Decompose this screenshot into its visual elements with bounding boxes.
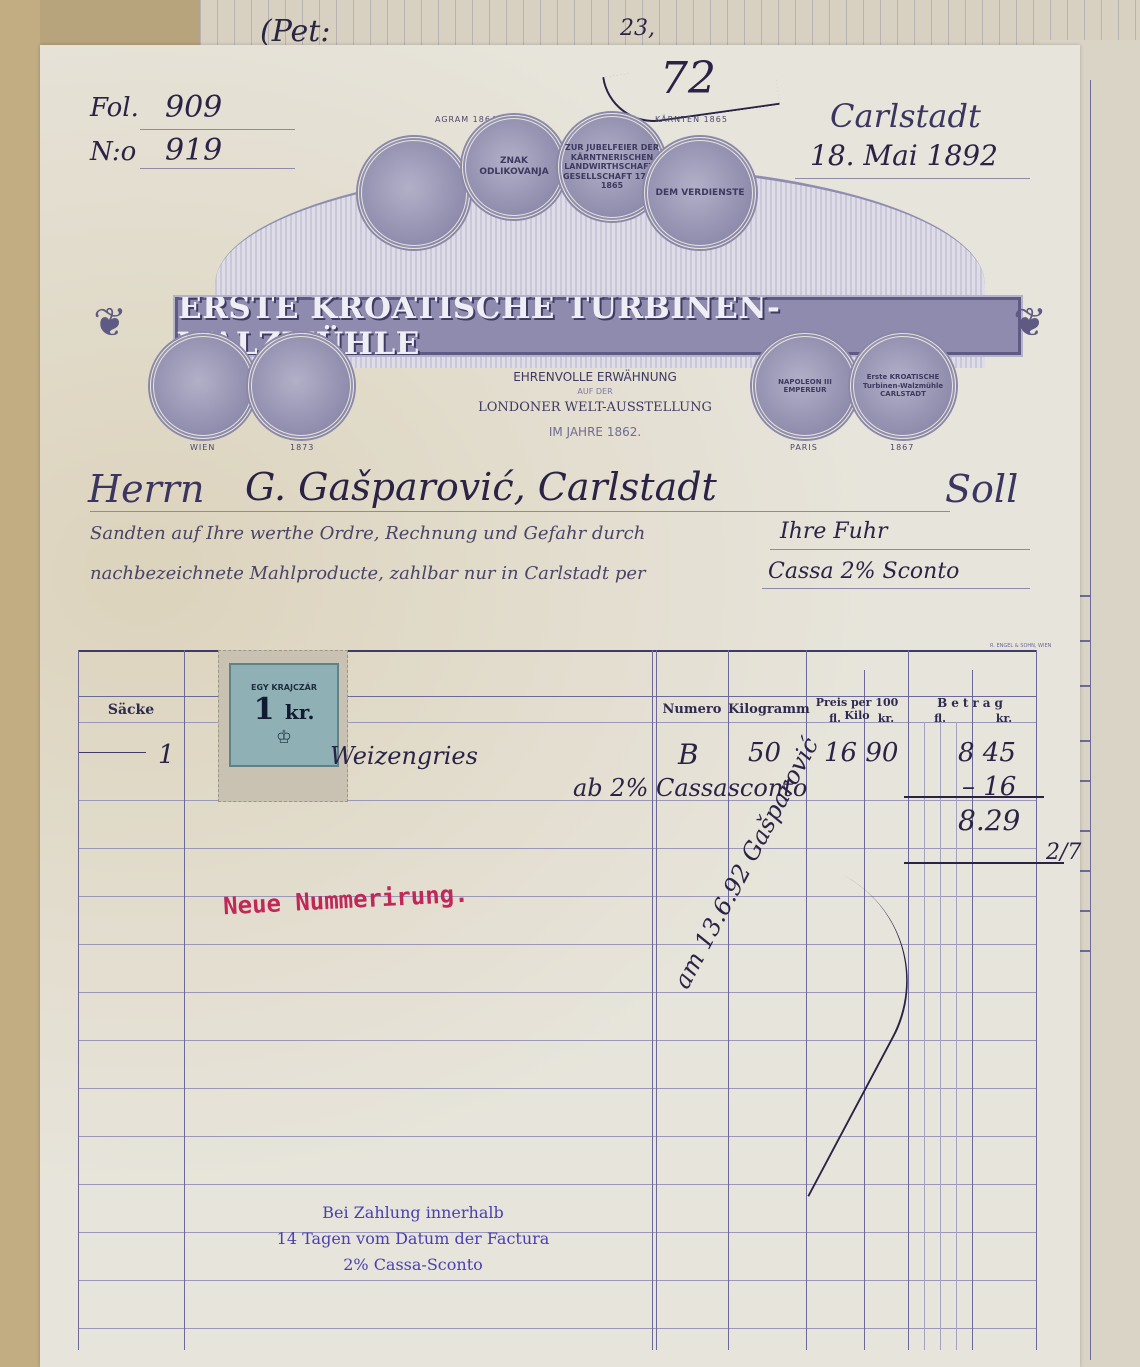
row-description: Weizengries: [330, 742, 478, 770]
medal-wien: [150, 333, 256, 439]
medal-paris-1867: Erste KROATISCHE Turbinen-Walzmühle CARL…: [850, 333, 956, 439]
handwritten-payment-terms: Cassa 2% Sconto: [768, 559, 959, 584]
page-edge: [0, 0, 40, 1367]
medal-caption: 1867: [890, 443, 914, 452]
payment-terms-line-1: Bei Zahlung innerhalb: [253, 1200, 573, 1226]
medal-caption: 1873: [290, 443, 314, 452]
medal-agram: ZNAK ODLIKOVANJA: [462, 115, 566, 219]
medal-caption: PARIS: [790, 443, 818, 452]
number-label: N:o: [90, 137, 136, 167]
col-header-kilogramm: Kilogramm: [728, 702, 806, 717]
tax-revenue-stamp: EGY KRAJCZÁR 1 kr. ♔: [218, 650, 348, 802]
col-header-price-kr: kr.: [864, 712, 908, 725]
invoice-date: 18. Mai 1892: [810, 139, 998, 172]
payment-terms-stamp: Bei Zahlung innerhalb 14 Tagen vom Datum…: [253, 1200, 573, 1278]
medal-caption: WIEN: [190, 443, 215, 452]
preprinted-line-1: Sandten auf Ihre werthe Ordre, Rechnung …: [90, 523, 645, 544]
medal-zagreb: [358, 137, 470, 249]
col-header-amount-kr: kr.: [972, 712, 1036, 725]
renumbering-stamp: Neue Nummerirung.: [222, 880, 469, 921]
invoice-sheet: 72 Fol. 909 N:o 919 Carlstadt 18. Mai 18…: [40, 45, 1080, 1367]
col-header-sacks: Säcke: [78, 702, 184, 718]
handwritten-transport: Ihre Fuhr: [780, 519, 888, 544]
col-header-price-fl: fl.: [806, 712, 864, 725]
medal-emperor-1873: [248, 333, 354, 439]
row-amount: 8 45: [958, 738, 1016, 768]
ledger-scrawl: (Pet:: [260, 14, 330, 49]
number-value: 919: [165, 133, 222, 168]
salutation: Herrn: [88, 467, 204, 511]
col-header-numero: Numero: [656, 702, 728, 717]
honor-line-1: EHRENVOLLE ERWÄHNUNG: [420, 370, 770, 384]
honor-line-3: LONDONER WELT-AUSSTELLUNG: [420, 400, 770, 415]
medal-napoleon: NAPOLEON III EMPEREUR: [752, 333, 858, 439]
tax-stamp-unit: kr.: [285, 700, 315, 724]
tax-stamp-value: 1: [254, 692, 275, 727]
margin-note: 2/7: [1046, 840, 1081, 865]
tax-stamp-caption: EGY KRAJCZÁR: [251, 683, 317, 692]
row-price: 16 90: [824, 738, 898, 768]
row-numero: B: [678, 738, 699, 771]
banner-ornament-right: ❦: [1012, 285, 1048, 361]
payment-terms-line-2: 14 Tagen vom Datum der Factura: [253, 1226, 573, 1252]
medal-dem-verdienste: DEM VERDIENSTE: [644, 137, 756, 249]
signature-flourish: [613, 828, 950, 1197]
place: Carlstadt: [830, 97, 981, 135]
folio-label: Fol.: [90, 93, 139, 123]
payment-terms-line-3: 2% Cassa-Sconto: [253, 1252, 573, 1278]
col-header-amount: Betrag: [908, 696, 1036, 710]
row-sacks: 1: [158, 740, 175, 770]
goods-table: Säcke Numero Kilogramm Preis per 100 Kil…: [78, 650, 1036, 1350]
ledger-scrawl: 23,: [620, 16, 655, 41]
honor-line-4: IM JAHRE 1862.: [420, 425, 770, 439]
soll-label: Soll: [945, 467, 1018, 511]
banner-ornament-left: ❦: [92, 285, 128, 361]
row-kilogramm: 50: [748, 738, 781, 768]
honor-line-2: AUF DER: [420, 387, 770, 396]
crown-coat-of-arms-icon: ♔: [276, 727, 292, 748]
printer-mark: R. ENGEL & SOHN, WIEN: [990, 643, 1051, 649]
folio-value: 909: [165, 90, 222, 125]
medal-caption: KÄRNTEN 1865: [655, 115, 728, 124]
col-header-amount-fl: fl.: [908, 712, 972, 725]
preprinted-line-2: nachbezeichnete Mahlproducte, zahlbar nu…: [90, 563, 646, 584]
invoice-total: 8.29: [958, 804, 1020, 837]
customer-name: G. Gašparović, Carlstadt: [245, 465, 717, 509]
